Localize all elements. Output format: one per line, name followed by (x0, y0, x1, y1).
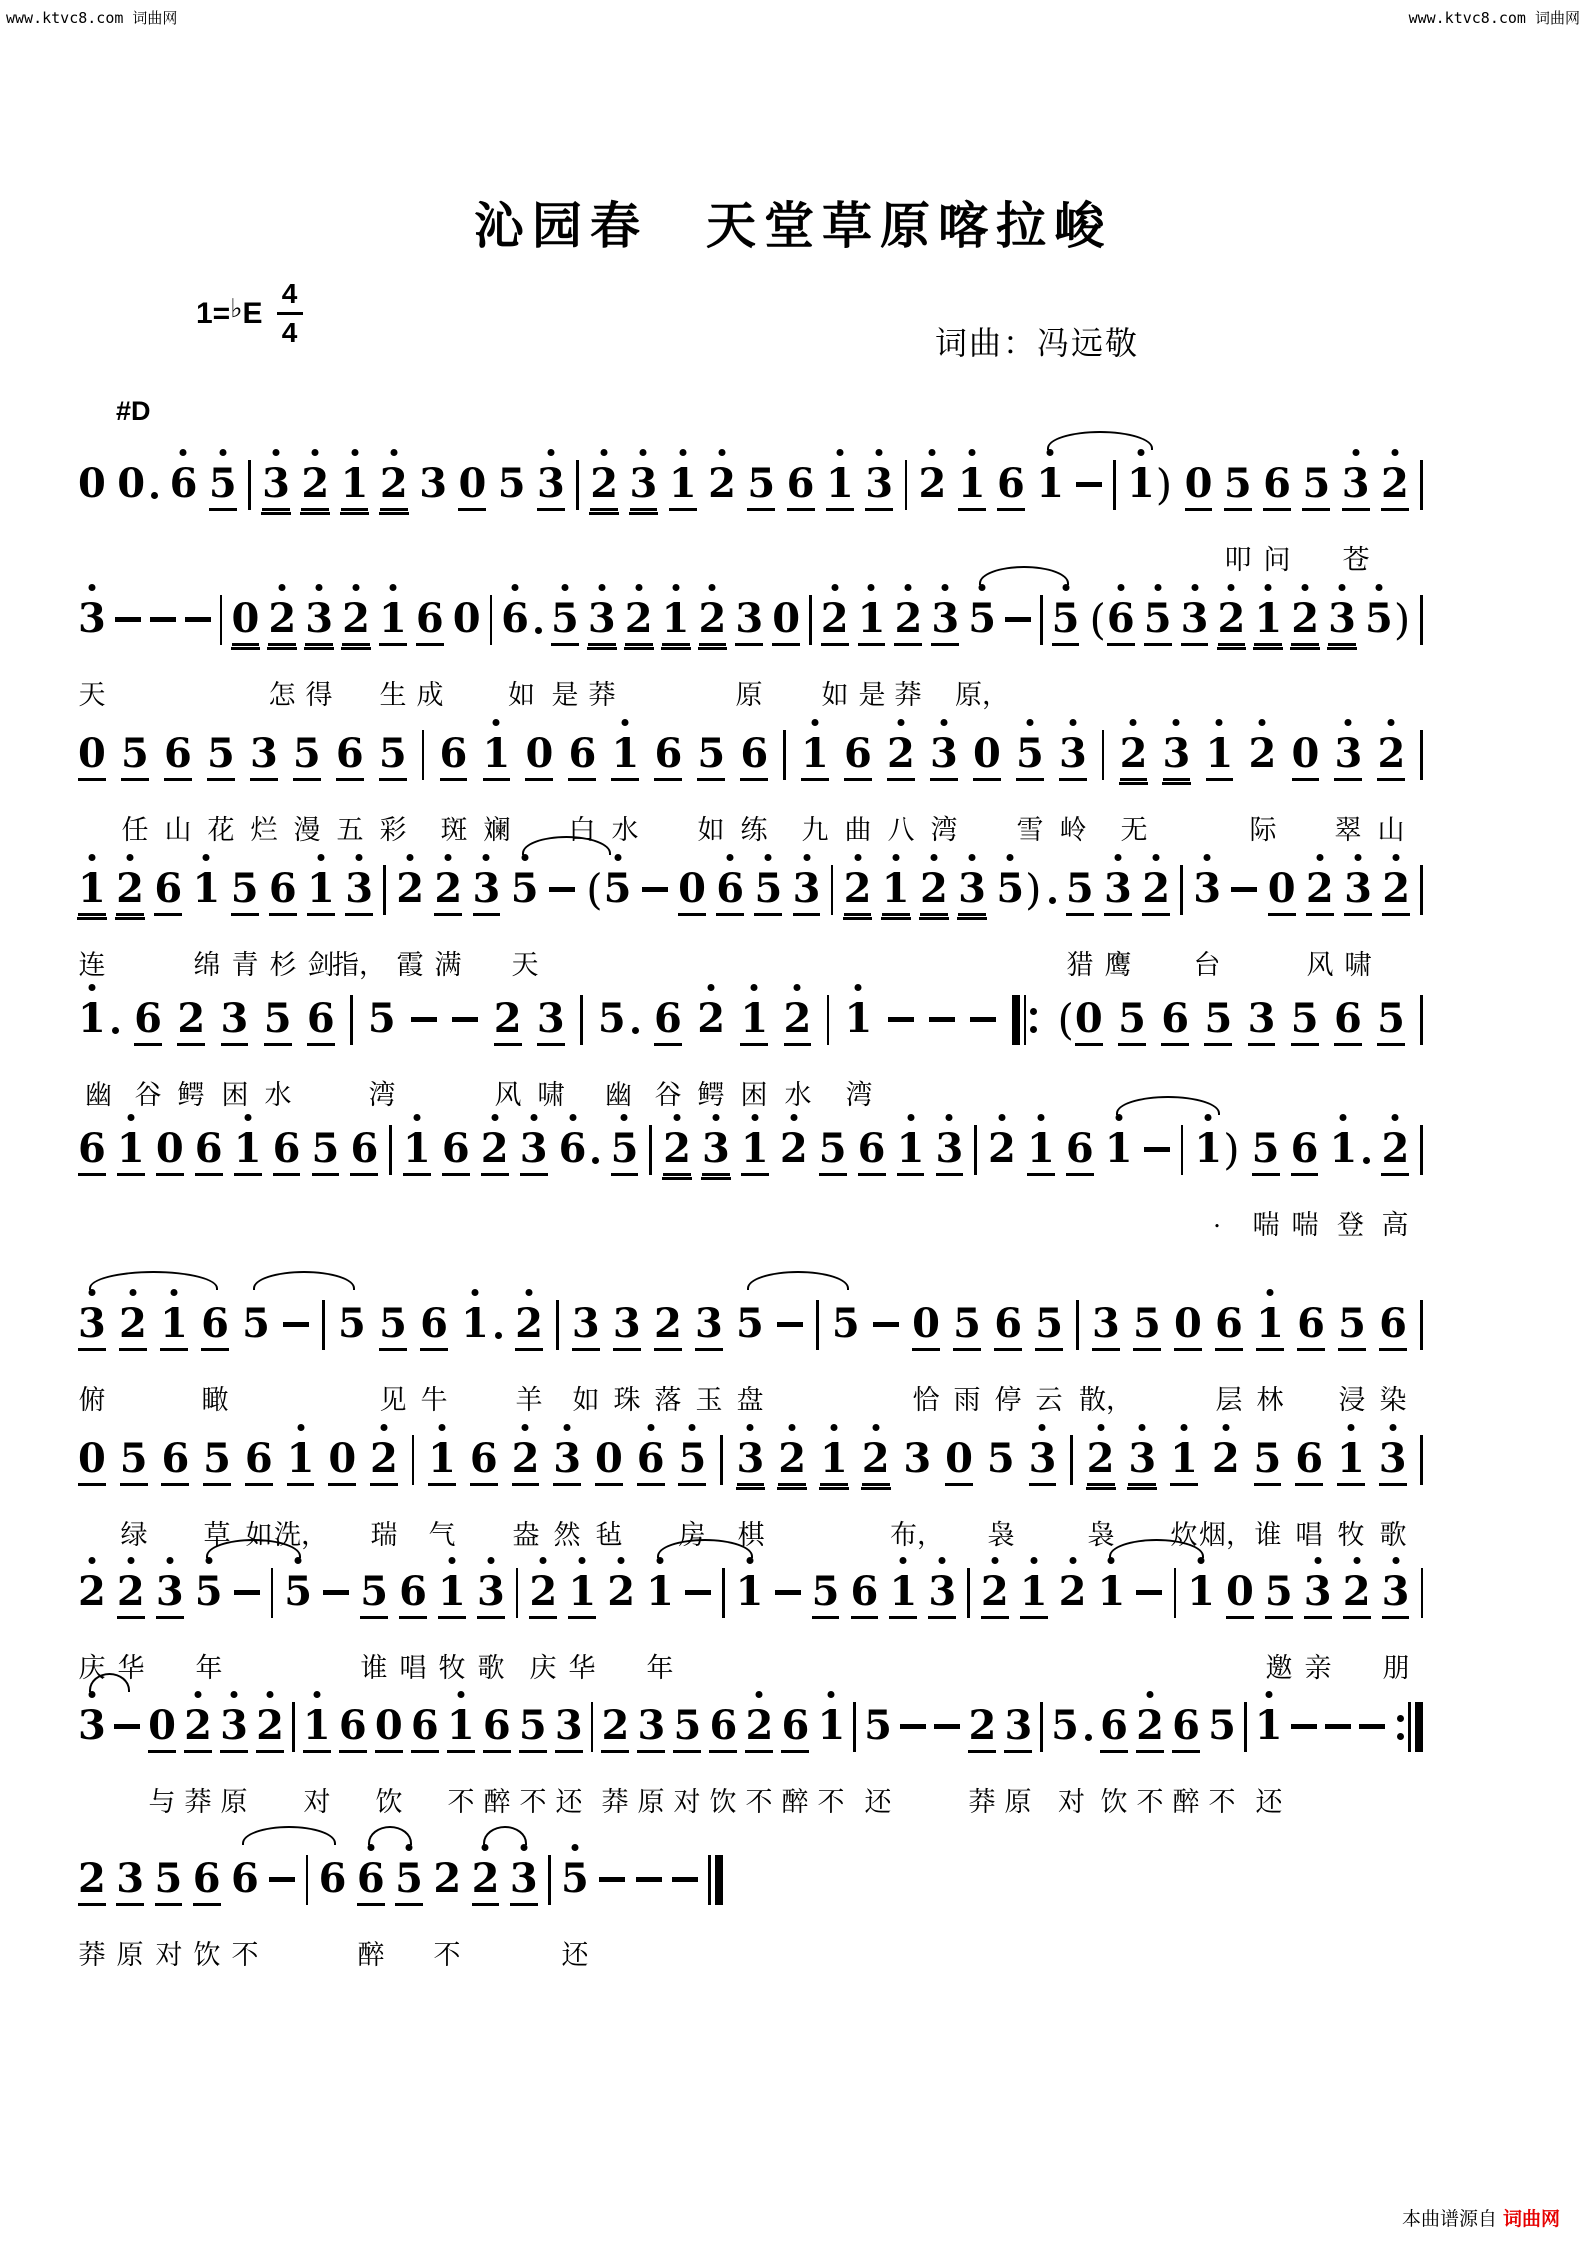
octave-dot (231, 1691, 238, 1698)
note-digit: 5 (120, 1435, 148, 1486)
barline (827, 995, 830, 1045)
lyric-syllable: 还 (1256, 1780, 1283, 1819)
note: 3 (537, 995, 565, 1046)
notes-row: 3023216065321230212355(65321235) (78, 579, 1423, 667)
note: 0 (678, 865, 706, 916)
note-digit: 2 (1212, 1435, 1240, 1483)
lyric-syllable: 还 (562, 1933, 589, 1972)
note: 2 (1343, 1568, 1371, 1619)
octave-dot (279, 584, 286, 591)
barline (306, 1855, 309, 1905)
note: 3 (221, 995, 249, 1046)
note: 6 (1334, 995, 1362, 1046)
lyric-syllable: 鳄 (698, 1073, 725, 1112)
music-system: 610616561623652312561321611)5612.喘喘登高 (78, 1109, 1423, 1197)
lyric-syllable: 莽 (969, 1780, 996, 1819)
note-digit: 3 (1334, 730, 1362, 781)
note: 6 (336, 730, 364, 781)
barline-thin (1102, 730, 1105, 780)
note: 5 (312, 1125, 340, 1176)
note-digit: 5 (519, 1702, 547, 1753)
note-digit: 0 (78, 460, 106, 508)
note-digit: 6 (1066, 1125, 1094, 1176)
note: 6 (1161, 995, 1189, 1046)
lyric-syllable: 唱 (1296, 1513, 1323, 1552)
note: 1 (568, 1568, 596, 1619)
note: 2 (1142, 865, 1170, 916)
lyric-syllable: 幽 (605, 1073, 632, 1112)
note-digit: 5 (1302, 460, 1330, 511)
lyric-syllable: 八 (888, 808, 915, 847)
note-digit: 6 (245, 1435, 273, 1486)
note-digit: 6 (559, 1125, 587, 1173)
note: 1 (234, 1125, 262, 1176)
barline (1420, 595, 1423, 645)
barline-thin (548, 1855, 551, 1905)
note: 1) (1194, 1125, 1240, 1175)
note: 6 (154, 865, 182, 916)
octave-dot (811, 719, 818, 726)
note-digit: 1 (1170, 1435, 1198, 1486)
close-paren: ) (1025, 865, 1041, 915)
note-digit: 2 (119, 1300, 147, 1351)
lyric-syllable: 饮 (194, 1933, 221, 1972)
octave-dot (1114, 854, 1121, 861)
note: 0 (453, 595, 481, 643)
note: 2 (78, 1855, 106, 1906)
note: 3 (572, 1300, 600, 1351)
note: 3 (1128, 1435, 1156, 1486)
note: 5 (203, 1435, 231, 1486)
note: 1 (958, 460, 986, 511)
note-digit: 6 (399, 1568, 427, 1619)
barline (516, 1568, 519, 1618)
note-digit: 2 (481, 1125, 509, 1176)
note: 5 (1066, 865, 1094, 916)
note-digit: 5 (360, 1568, 388, 1619)
note-digit: 6 (420, 1300, 448, 1351)
octave-dot (313, 1691, 320, 1698)
note-digit: 5 (1338, 1300, 1366, 1351)
barline (1420, 730, 1423, 780)
note-digit: 1 (958, 460, 986, 511)
barline (490, 595, 493, 645)
slur-tie (89, 1271, 218, 1290)
note: 6 (1297, 1300, 1325, 1351)
octave-dot (522, 1424, 529, 1431)
barline (1420, 1300, 1423, 1350)
note-digit: 1 (1254, 595, 1282, 646)
close-paren: ) (1223, 1125, 1239, 1175)
note-digit: 6 (416, 595, 444, 646)
note: 2 (301, 460, 329, 511)
lyric-syllable: 水 (265, 1073, 292, 1112)
lyric-syllable: 山 (1378, 808, 1405, 847)
note: 6 (1263, 460, 1291, 511)
lyric-syllable: 原， (955, 673, 1009, 712)
barline-thin (905, 460, 908, 510)
note-digit: 1 (428, 1435, 456, 1486)
octave-dot (635, 584, 642, 591)
note-digit: 2 (433, 1855, 461, 1903)
note: 1 (1098, 1568, 1126, 1616)
note-digit: 1 (438, 1568, 466, 1619)
note-digit: 0 (78, 1435, 106, 1486)
octave-dot (579, 1557, 586, 1564)
octave-dot (244, 1114, 251, 1121)
barline-thin (831, 865, 834, 915)
note-digit: 2 (601, 1702, 629, 1753)
note-digit: 5 (561, 1855, 589, 1903)
note-digit: 5 (368, 995, 396, 1043)
note-digit: 1 (1036, 460, 1064, 508)
note-digit: 3 (572, 1300, 600, 1351)
octave-dot (939, 1557, 946, 1564)
notes-row: 162356523562121(05653565 (78, 979, 1423, 1067)
barline-thin (1180, 865, 1183, 915)
lyric-syllable: 落 (655, 1378, 682, 1417)
barline (1181, 1125, 1184, 1175)
duration-dash (452, 995, 478, 1022)
note: 1 (1170, 1435, 1198, 1486)
octave-dot (868, 584, 875, 591)
octave-dot (1216, 719, 1223, 726)
octave-dot (1047, 449, 1054, 456)
note-digit: 2 (821, 595, 849, 646)
note-digit: 1 (303, 1702, 331, 1753)
lyric-syllable: 歌 (1380, 1513, 1407, 1552)
dash (636, 1877, 662, 1882)
duration-dash (411, 995, 437, 1022)
note-digit: 2 (887, 730, 915, 781)
note: 5 (498, 460, 526, 508)
note-digit: 2 (256, 1702, 284, 1753)
note-digit: 2 (1136, 1702, 1164, 1753)
octave-dot (295, 1557, 302, 1564)
note-digit: 2 (778, 1435, 806, 1486)
note-digit: 2 (1382, 865, 1410, 916)
octave-dot (1069, 1557, 1076, 1564)
note: 1 (826, 460, 854, 511)
note: (0 (1057, 995, 1103, 1046)
footer-site-link[interactable]: 词曲网 (1503, 2209, 1560, 2230)
lyric-syllable: 云 (1036, 1378, 1063, 1417)
lyric-syllable: 谁 (1255, 1513, 1282, 1552)
note: 3 (156, 1568, 184, 1619)
note: 3 (78, 595, 106, 643)
note-digit: 5 (1365, 595, 1393, 643)
barline-thin (1244, 1702, 1247, 1752)
dash (1005, 617, 1031, 622)
note: 6 (273, 1125, 301, 1176)
barline (1420, 995, 1423, 1045)
note-digit: 2 (268, 595, 296, 646)
note-digit: 5 (598, 995, 626, 1043)
note-digit: 3 (116, 1855, 144, 1906)
open-paren: ( (586, 865, 602, 915)
duration-dash (1325, 1702, 1351, 1729)
note-digit: 1 (117, 1125, 145, 1176)
note-digit: 1 (646, 1568, 674, 1616)
note-digit: 3 (553, 1435, 581, 1486)
note-digit: 3 (220, 1702, 248, 1753)
lyric-syllable: 见 (380, 1378, 407, 1417)
note: 3 (936, 1125, 964, 1176)
augmentation-dot (1363, 1157, 1370, 1164)
note: 6 (781, 1702, 809, 1753)
note: 5) (1365, 595, 1411, 645)
octave-dot (1154, 584, 1161, 591)
octave-dot (751, 984, 758, 991)
octave-dot (598, 584, 605, 591)
octave-dot (836, 449, 843, 456)
note: 1 (1254, 595, 1282, 646)
note: 6 (559, 1125, 600, 1173)
octave-dot (1339, 584, 1346, 591)
note: 1 (461, 1300, 502, 1348)
duration-dash (970, 995, 996, 1022)
dash (1291, 1724, 1317, 1729)
note: 5 (120, 1435, 148, 1486)
note: 1 (287, 1435, 315, 1486)
octave-dot (854, 854, 861, 861)
octave-dot (483, 854, 490, 861)
note: 5 (1338, 1300, 1366, 1351)
note-digit: 3 (1342, 460, 1370, 511)
octave-dot (413, 1114, 420, 1121)
barline-thin (306, 1855, 309, 1905)
dash (1325, 1724, 1351, 1729)
note: 3 (1248, 995, 1276, 1046)
note: 2 (1120, 730, 1148, 781)
note-digit: 5 (155, 1855, 183, 1906)
note-digit: 5 (1016, 730, 1044, 781)
note: 5 (264, 995, 292, 1046)
octave-dot (968, 449, 975, 456)
octave-dot (127, 854, 134, 861)
lyric-syllable: 邀 (1266, 1646, 1293, 1685)
note-digit: 0 (772, 595, 800, 646)
note-digit: 1 (379, 595, 407, 646)
note-digit: 1 (1206, 730, 1234, 781)
note-digit: 1 (1194, 1125, 1222, 1173)
note: 0 (78, 460, 106, 508)
note: 1 (1105, 1125, 1133, 1173)
barline-thin (1113, 460, 1116, 510)
lyric-syllable: 毡 (596, 1513, 623, 1552)
augmentation-dot (151, 492, 158, 499)
lyric-syllable: 鹰 (1105, 943, 1132, 982)
lyric-syllable: 绵 (194, 943, 221, 982)
lyric-syllable: 是 (859, 673, 886, 712)
note-digit: 3 (695, 1300, 723, 1351)
note: 6 (1295, 1435, 1323, 1486)
barline-thin (591, 1702, 594, 1752)
note: 2 (481, 1125, 509, 1176)
note: 1 (611, 730, 639, 781)
octave-dot (1026, 719, 1033, 726)
lyric-syllable: 年 (196, 1646, 223, 1685)
lyric-syllable: 是 (552, 673, 579, 712)
note-digit: 6 (134, 995, 162, 1046)
note-digit: 5 (1052, 595, 1080, 646)
barline-thin (322, 1300, 325, 1350)
octave-dot (689, 1424, 696, 1431)
barline-thin (827, 995, 830, 1045)
note: 5 (1208, 1702, 1236, 1750)
note-digit: 0 (156, 1125, 184, 1176)
note: 3 (555, 1702, 583, 1753)
barline (816, 1300, 819, 1350)
barline-thin (1070, 1435, 1073, 1485)
note-digit: 1 (1027, 1125, 1055, 1176)
note-digit: 3 (78, 1300, 106, 1351)
lyric-syllable: 原 (736, 673, 763, 712)
note: 0 (458, 460, 486, 511)
lyric-syllable: 烟， (1199, 1513, 1253, 1552)
lyric-syllable: 湾 (931, 808, 958, 847)
note: 6 (568, 730, 596, 781)
duration-dash (1005, 595, 1031, 622)
augmentation-dot (1085, 1734, 1092, 1741)
octave-dot (647, 1424, 654, 1431)
barline-thin (292, 1702, 295, 1752)
octave-dot (1375, 584, 1382, 591)
duration-dash (1231, 865, 1257, 892)
note: 3 (345, 865, 373, 916)
note: 6 (269, 865, 297, 916)
lyric-syllable: 停 (995, 1378, 1022, 1417)
note-digit: 3 (305, 595, 333, 646)
note: 2 (708, 460, 736, 508)
octave-dot (1130, 719, 1137, 726)
octave-dot (170, 1289, 177, 1296)
note-digit: 6 (350, 1125, 378, 1176)
note-digit: 1 (234, 1125, 262, 1176)
octave-dot (765, 854, 772, 861)
note-digit: 1 (740, 995, 768, 1046)
note: 3 (78, 1702, 106, 1750)
footer-source: 本曲谱源自词曲网 (1402, 2204, 1560, 2231)
barline (722, 1568, 725, 1618)
note-digit: 6 (1107, 595, 1135, 646)
note-digit: 3 (737, 1435, 765, 1486)
note-digit: 6 (858, 1125, 886, 1176)
lyric-syllable: 原 (1005, 1780, 1032, 1819)
dash (929, 1017, 955, 1022)
barline-thin (1420, 1435, 1423, 1485)
note: 6 (161, 1435, 189, 1486)
duration-dash (283, 1300, 309, 1327)
note-digit: 1 (483, 730, 511, 781)
octave-dot (520, 1844, 527, 1851)
barline (389, 1125, 392, 1175)
lyric-syllable: 羊 (516, 1378, 543, 1417)
octave-dot (380, 1424, 387, 1431)
octave-dot (940, 719, 947, 726)
note-digit: 1 (78, 865, 106, 916)
duration-dash (929, 995, 955, 1022)
note: 6 (1291, 1125, 1319, 1176)
note-digit: 5 (284, 1568, 312, 1616)
octave-dot (267, 1691, 274, 1698)
note: 5 (968, 595, 996, 643)
octave-dot (571, 1844, 578, 1851)
note-digit: 2 (663, 1125, 691, 1176)
barline (1420, 865, 1423, 915)
note: 3 (630, 460, 658, 511)
note-digit: 1 (741, 1125, 769, 1176)
note: 2 (177, 995, 205, 1046)
note: 1 (193, 865, 221, 913)
slur-tie (522, 836, 611, 855)
note-digit: 6 (1161, 995, 1189, 1046)
note: 5 (155, 1855, 183, 1906)
lyric-syllable: 练 (741, 808, 768, 847)
barline-thin (1420, 730, 1423, 780)
lyric-syllable: 连 (79, 943, 106, 982)
note: 5 (561, 1855, 589, 1903)
octave-dot (390, 449, 397, 456)
duration-dash (934, 1702, 960, 1729)
octave-dot (708, 984, 715, 991)
note: 6 (164, 730, 192, 781)
note: 6 (1379, 1300, 1407, 1351)
octave-dot (930, 854, 937, 861)
octave-dot (1115, 1114, 1122, 1121)
note: 1 (845, 995, 873, 1043)
note-digit: 5 (864, 1702, 892, 1750)
octave-dot (439, 1424, 446, 1431)
note-digit: 6 (844, 730, 872, 781)
octave-dot (1139, 1424, 1146, 1431)
duration-dash (234, 1568, 260, 1595)
octave-dot (1153, 854, 1160, 861)
barline-thin (1420, 595, 1423, 645)
note-digit: 5 (673, 1702, 701, 1753)
note: 1 (1330, 1125, 1371, 1173)
note-digit: 6 (273, 1125, 301, 1176)
notes-row: 30232160616532356261523562651 (78, 1686, 1423, 1774)
octave-dot (487, 1557, 494, 1564)
note-digit: 2 (1343, 1568, 1371, 1619)
note: 5 (673, 1702, 701, 1753)
barline-thin (580, 995, 583, 1045)
octave-dot (1392, 1557, 1399, 1564)
note-digit: 5 (379, 730, 407, 781)
note: 3 (793, 865, 821, 916)
dash (323, 1590, 349, 1595)
note: 3 (78, 1300, 106, 1351)
octave-dot (900, 1557, 907, 1564)
note: 1 (817, 1702, 845, 1750)
octave-dot (672, 584, 679, 591)
note: 1 (78, 865, 106, 916)
note-digit: 1 (193, 865, 221, 913)
lyric-syllable: 如 (698, 808, 725, 847)
barline (248, 460, 251, 510)
note-digit: 0 (1174, 1300, 1202, 1351)
note: 1 (820, 1435, 848, 1486)
octave-dot (205, 1557, 212, 1564)
note: 6 (411, 1702, 439, 1753)
barline-thin (1420, 1125, 1423, 1175)
duration-dash (1359, 1702, 1385, 1729)
note-digit: 3 (555, 1702, 583, 1753)
note: 5 (1051, 1702, 1092, 1750)
note: 2 (968, 1702, 996, 1753)
barline-thin (412, 1435, 415, 1485)
